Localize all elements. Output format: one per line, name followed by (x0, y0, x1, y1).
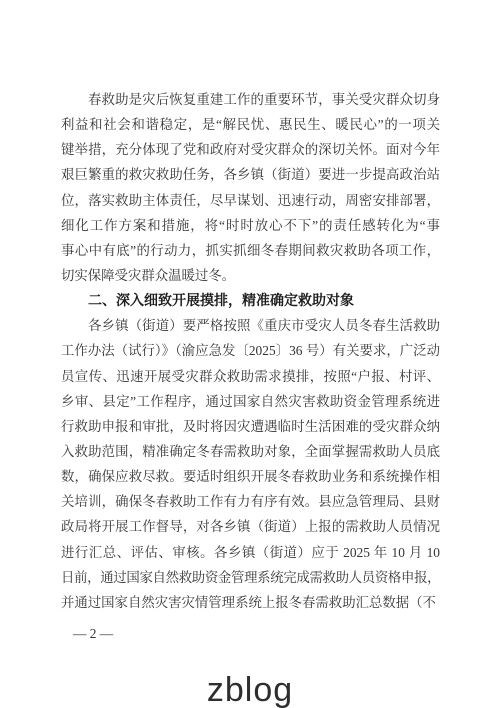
document-body: 春救助是灾后恢复重建工作的重要环节，事关受灾群众切身 利益和社会和谐稳定，是“解… (61, 87, 440, 615)
body-line: 并通过国家自然灾害灾情管理系统上报冬春需救助汇总数据（不 (61, 590, 440, 615)
body-line: 进行汇总、评估、审核。各乡镇（街道）应于 2025 年 10 月 10 (61, 540, 440, 565)
body-line: 细化工作方案和措施，将“时时放心不下”的责任感转化为“事 (61, 213, 440, 238)
section-heading: 二、深入细致开展摸排，精准确定救助对象 (61, 288, 440, 313)
body-line: 关培训，确保冬春救助工作有力有序有效。县应急管理局、县财 (61, 489, 440, 514)
body-line: 乡审、县定”工作程序，通过国家自然灾害救助资金管理系统进 (61, 389, 440, 414)
paragraph-1: 春救助是灾后恢复重建工作的重要环节，事关受灾群众切身 利益和社会和谐稳定，是“解… (61, 87, 440, 288)
body-line: 位，落实救助主体责任，尽早谋划、迅速行动，周密安排部署， (61, 188, 440, 213)
body-line: 艰巨繁重的救灾救助任务，各乡镇（街道）要进一步提高政治站 (61, 162, 440, 187)
body-line: 政局将开展工作督导，对各乡镇（街道）上报的需救助人员情况 (61, 514, 440, 539)
body-line: 日前，通过国家自然救助资金管理系统完成需救助人员资格申报， (61, 565, 440, 590)
document-page: 春救助是灾后恢复重建工作的重要环节，事关受灾群众切身 利益和社会和谐稳定，是“解… (0, 0, 500, 708)
page-number: — 2 — (73, 626, 113, 642)
body-line: 各乡镇（街道）要严格按照《重庆市受灾人员冬春生活救助 (61, 313, 440, 338)
watermark-zblog: zblog (0, 671, 500, 708)
body-line: 键举措，充分体现了党和政府对受灾群众的深切关怀。面对今年 (61, 137, 440, 162)
body-line: 工作办法（试行）》（渝应急发〔2025〕36 号）有关要求，广泛动 (61, 338, 440, 363)
body-line: 行救助申报和审批，及时将因灾遭遇临时生活困难的受灾群众纳 (61, 414, 440, 439)
body-line: 春救助是灾后恢复重建工作的重要环节，事关受灾群众切身 (61, 87, 440, 112)
body-line: 事心中有底”的行动力，抓实抓细冬春期间救灾救助各项工作， (61, 238, 440, 263)
body-line: 数，确保应救尽救。要适时组织开展冬春救助业务和系统操作相 (61, 464, 440, 489)
paragraph-2: 各乡镇（街道）要严格按照《重庆市受灾人员冬春生活救助 工作办法（试行）》（渝应急… (61, 313, 440, 615)
body-line: 切实保障受灾群众温暖过冬。 (61, 263, 440, 288)
body-line: 员宣传、迅速开展受灾群众救助需求摸排，按照“户报、村评、 (61, 364, 440, 389)
body-line: 入救助范围，精准确定冬春需救助对象，全面掌握需救助人员底 (61, 439, 440, 464)
body-line: 利益和社会和谐稳定，是“解民忧、惠民生、暖民心”的一项关 (61, 112, 440, 137)
